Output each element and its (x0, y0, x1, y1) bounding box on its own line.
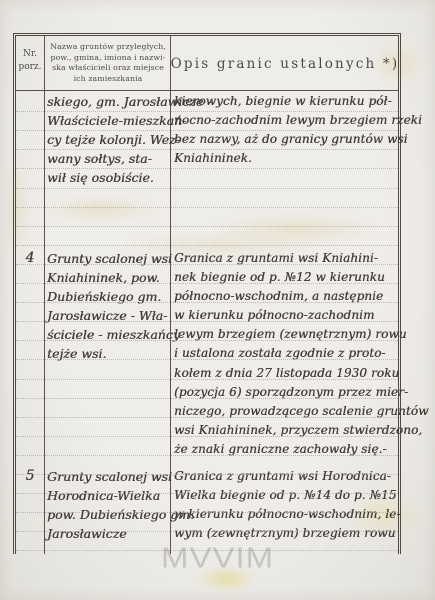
ruled-line (16, 111, 398, 112)
text-line: niczego, prowadzącego scalenie gruntów (174, 402, 402, 421)
text-line: pow. Dubieńskiego gm. (47, 505, 171, 524)
ruled-line (16, 512, 398, 513)
ruled-line (16, 340, 398, 341)
ruled-line (16, 283, 398, 284)
ruled-line (16, 226, 398, 227)
header-boundary-description: Opis granic ustalonych *) (172, 36, 398, 91)
ruled-line (16, 302, 398, 303)
text-line: ich zamieszkania (46, 74, 170, 85)
text-line: Grunty scalonej wsi (47, 467, 171, 486)
ruled-line (16, 264, 398, 265)
ruled-line (16, 149, 398, 150)
text-line: ściciele - mieszkańcy (47, 325, 171, 344)
text-line: nek biegnie od p. №12 w kierunku (174, 268, 402, 287)
ruled-line (16, 550, 398, 551)
text-line: że znaki graniczne zachowały się.- (174, 440, 402, 459)
text-line: Grunty scalonej wsi (47, 249, 171, 268)
entry-number: 4 (16, 249, 44, 268)
ruled-line (16, 474, 398, 475)
text-line: Wielka biegnie od p. №14 do p. №15 (174, 486, 402, 505)
ruled-line (16, 493, 398, 494)
ruled-line (16, 359, 398, 360)
entry-number: 5 (16, 467, 44, 486)
text-line: (pozycja 6) sporządzonym przez mier- (174, 383, 402, 402)
text-line: Nr. (16, 48, 44, 61)
text-line: Kniahininek, pow. (47, 268, 171, 287)
text-line: ska właścicieli oraz miejsce (46, 63, 170, 74)
text-line: Nazwa gruntów przyległych, (46, 42, 170, 53)
text-line: w kierunku północno-zachodnim (174, 306, 402, 325)
text-line: wił się osobiście. (47, 168, 171, 187)
text-line: wym (zewnętrznym) brzegiem rowu (174, 524, 402, 543)
text-line: porz. (16, 61, 44, 74)
text-line: wsi Kniahininek, przyczem stwierdzono, (174, 421, 402, 440)
ruled-line (16, 379, 398, 380)
ruled-line (16, 321, 398, 322)
text-line: skiego, gm. Jarosławicze - (47, 92, 171, 111)
text-line: wany sołtys, sta- (47, 149, 171, 168)
text-line: kołem z dnia 27 listopada 1930 roku (174, 364, 402, 383)
ruled-line (16, 398, 398, 399)
header-adjacent-lands: Nazwa gruntów przyległych,pow., gmina, i… (46, 42, 170, 84)
entry-lands-description: Grunty scalonej wsiKniahininek, pow.Dubi… (47, 249, 171, 364)
text-line: Kniahininek. (174, 149, 402, 168)
ruled-line (16, 130, 398, 131)
entry-boundary-description: Granica z gruntami wsi Kniahini-nek bieg… (174, 249, 402, 459)
text-line: pow., gmina, imiona i nazwi- (46, 53, 170, 64)
text-line: i ustalona została zgodnie z proto- (174, 344, 402, 363)
text-line: Horodnica-Wielka (47, 486, 171, 505)
paper-stain (196, 566, 256, 592)
ruled-line (16, 168, 398, 169)
entry-lands-description: skiego, gm. Jarosławicze -Właściciele-mi… (47, 92, 171, 187)
ruled-line (16, 417, 398, 418)
ruled-line (16, 245, 398, 246)
text-line: północno-wschodnim, a następnie (174, 287, 402, 306)
text-line: Jarosławicze - Wła- (47, 306, 171, 325)
text-line: cy tejże kolonji. Wez- (47, 130, 171, 149)
text-line: Granica z gruntami wsi Kniahini- (174, 249, 402, 268)
text-line: Jarosławicze (47, 524, 171, 543)
text-line: tejże wsi. (47, 344, 171, 363)
text-line: Granica z gruntami wsi Horodnica- (174, 467, 402, 486)
ruled-line (16, 455, 398, 456)
text-line: nocno-zachodnim lewym brzegiem rzeki (174, 111, 402, 130)
ruled-line (16, 207, 398, 208)
table-body: skiego, gm. Jarosławicze -Właściciele-mi… (16, 92, 398, 551)
ruled-line (16, 531, 398, 532)
ruled-line (16, 188, 398, 189)
text-line: Właściciele-mieszkań- (47, 111, 171, 130)
table-header: Nr.porz. Nazwa gruntów przyległych,pow.,… (16, 36, 398, 91)
text-line: bez nazwy, aż do granicy gruntów wsi (174, 130, 402, 149)
header-nr-porz: Nr.porz. (16, 48, 44, 74)
text-line: kierowych, biegnie w kierunku pół- (174, 92, 402, 111)
boundary-register-table: Nr.porz. Nazwa gruntów przyległych,pow.,… (13, 33, 401, 554)
scanned-document-page: Nr.porz. Nazwa gruntów przyległych,pow.,… (0, 0, 435, 600)
ruled-line (16, 436, 398, 437)
text-line: Dubieńskiego gm. (47, 287, 171, 306)
text-line: lewym brzegiem (zewnętrznym) rowu (174, 325, 402, 344)
text-line: w kierunku północno-wschodnim, le- (174, 505, 402, 524)
